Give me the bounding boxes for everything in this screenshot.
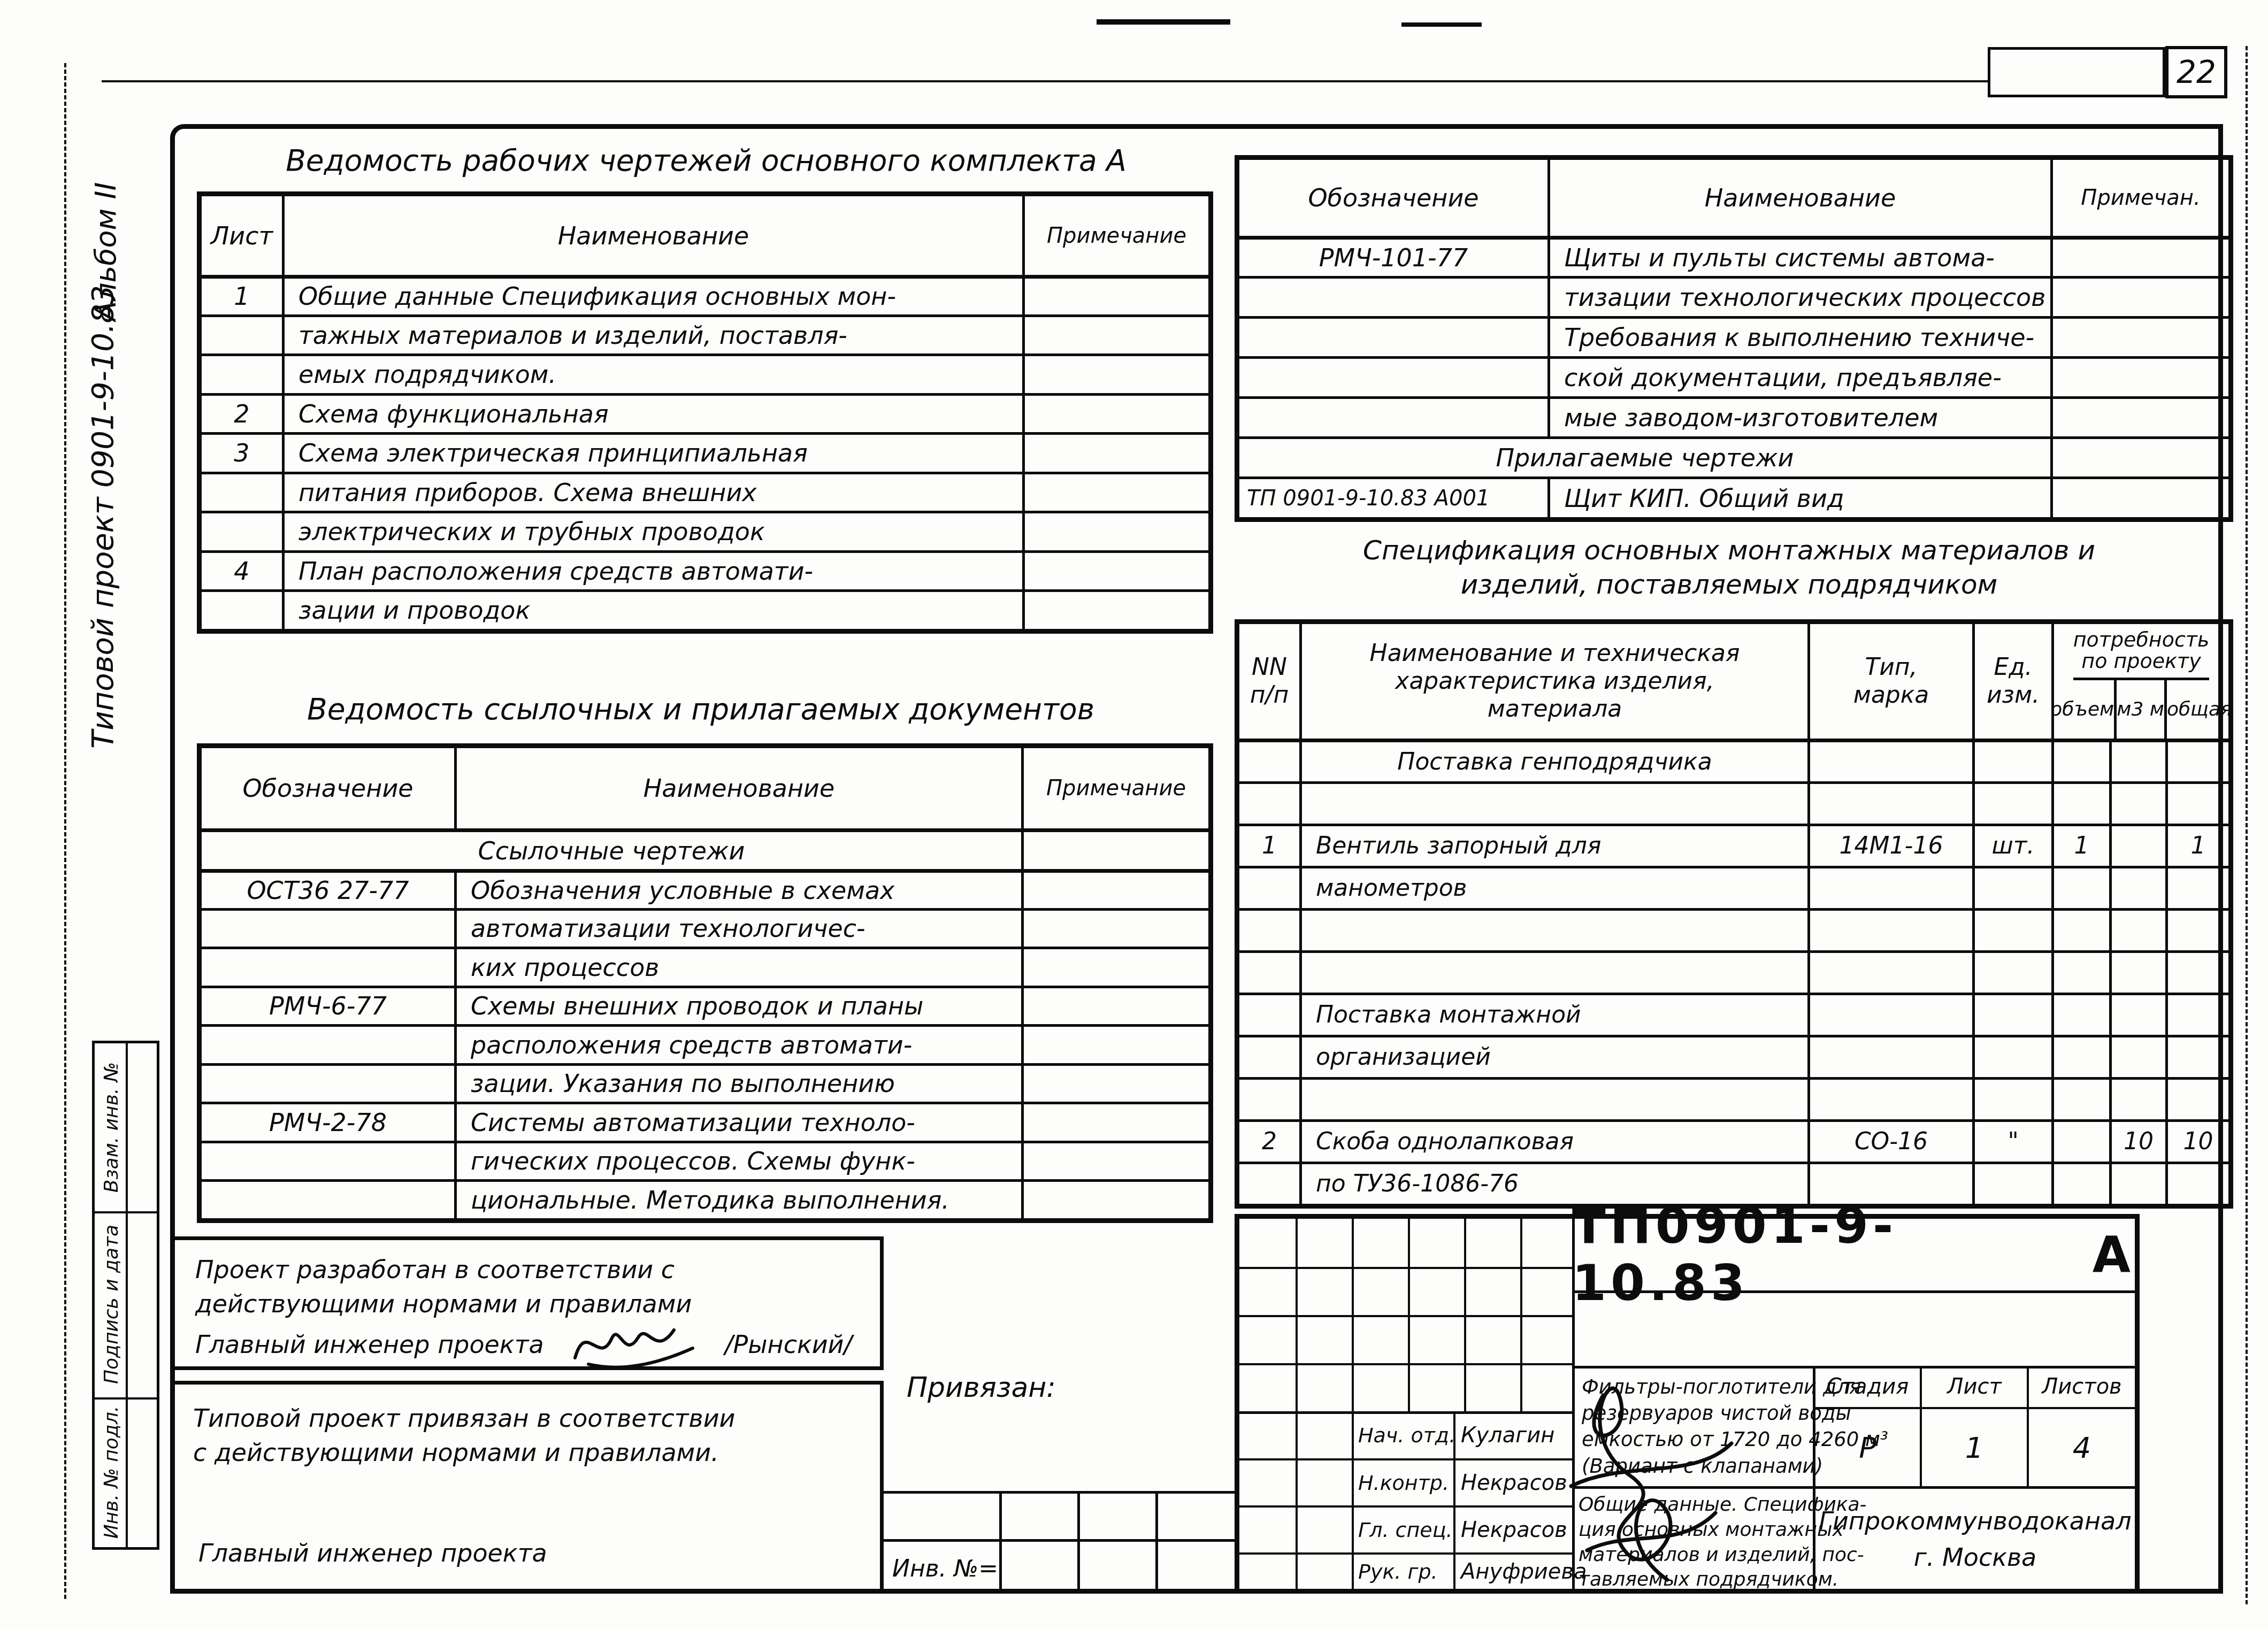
cell-unit (1972, 1077, 2051, 1119)
cell-type (1807, 739, 1972, 781)
subheader-m3m: м3 м (2114, 680, 2164, 739)
col-header-name: Наименование (1547, 160, 2050, 236)
cell-name: автоматизации технологичес- (454, 908, 1021, 947)
margin-cell: Взам. инв. № (95, 1043, 128, 1211)
spec-title-line2: изделий, поставляемых подрядчиком (1235, 569, 2224, 600)
cell-v2 (2109, 824, 2165, 866)
cell-v1 (2051, 781, 2109, 824)
spec-table: NN п/п Наименование и техническая характ… (1235, 619, 2233, 1209)
cell-name: манометров (1299, 866, 1807, 908)
cell-v3 (2165, 1035, 2228, 1077)
cell-nn (1239, 1162, 1299, 1204)
cell-unit (1972, 950, 2051, 993)
cell-code (1239, 396, 1547, 436)
cell-name: Скоба однолапковая (1299, 1119, 1807, 1162)
sheet-label: Лист (1922, 1366, 2027, 1407)
cell-v1 (2051, 739, 2109, 781)
cell-name: Щит КИП. Общий вид (1547, 476, 2050, 517)
cell-sheet (202, 472, 282, 511)
grid-line (1352, 1219, 1354, 1589)
cell-note (1022, 275, 1208, 314)
cell-v1 (2051, 950, 2109, 993)
cell-code: ТП 0901-9-10.83 А001 (1239, 476, 1547, 517)
cell-code: РМЧ-2-78 (202, 1102, 454, 1141)
cell-type (1807, 908, 1972, 950)
drawing-sheet: 22 Альбом II Типовой проект 0901-9-10.83… (0, 0, 2268, 1630)
approval-signatures (1539, 1374, 1753, 1598)
col-header-note: Примечание (1022, 196, 1208, 275)
ref-docs-title: Ведомость ссылочных и прилагаемых докуме… (203, 692, 1198, 726)
cell-v3 (2165, 908, 2228, 950)
cell-type (1807, 993, 1972, 1035)
cell-note (2050, 396, 2228, 436)
cell-note (2050, 316, 2228, 356)
project-label: Типовой проект 0901-9-10.83 (86, 285, 120, 749)
cell-v3 (2165, 950, 2228, 993)
cell-name: расположения средств автомати- (454, 1024, 1021, 1063)
cell-nn (1239, 993, 1299, 1035)
right-trim-line (2246, 46, 2248, 1604)
cell-nn (1239, 739, 1299, 781)
cell-v3 (2165, 781, 2228, 824)
cell-name (1299, 781, 1807, 824)
col-header-type: Тип, марка (1807, 624, 1972, 739)
cell-note (1022, 432, 1208, 472)
cell-code (202, 1141, 454, 1180)
cell-name: Общие данные Спецификация основных мон- (282, 275, 1022, 314)
cell-name: Схемы внешних проводок и планы (454, 986, 1021, 1025)
cell-name: тажных материалов и изделий, поставля- (282, 314, 1022, 354)
organization-cell: Гипрокоммунводоканал г. Москва (1815, 1489, 2135, 1589)
cell-code (1239, 316, 1547, 356)
subheader-volume: объем (2050, 680, 2114, 739)
cell-code (202, 1063, 454, 1102)
cell-v1 (2051, 908, 2109, 950)
margin-cell: Подпись и дата (95, 1211, 128, 1397)
cell-code (202, 1024, 454, 1063)
cell-v2: 10 (2109, 1119, 2165, 1162)
cell-note (1021, 1179, 1208, 1218)
working-drawings-table: Лист Наименование Примечание 1 Общие дан… (197, 191, 1213, 634)
cell-code (202, 947, 454, 986)
cell-v3 (2165, 993, 2228, 1035)
cell-v2 (2109, 908, 2165, 950)
cell-name: Обозначения условные в схемах (454, 869, 1021, 908)
ref-docs-table: Обозначение Наименование Примечание Ссыл… (197, 743, 1213, 1223)
cell-unit (1972, 781, 2051, 824)
cell-sheet (202, 314, 282, 354)
grid-line (999, 1491, 1002, 1594)
signer-role: Нач. отд. (1355, 1412, 1457, 1458)
inventory-number-label: Инв. №= (892, 1555, 998, 1582)
grid-line (1239, 1315, 1572, 1317)
page-number-box: 22 (2165, 46, 2227, 98)
cell-name (1299, 1077, 1807, 1119)
col-header-nn: NN п/п (1239, 624, 1299, 739)
chief-engineer-signature (570, 1315, 709, 1374)
cell-unit: " (1972, 1119, 2051, 1162)
cell-unit (1972, 866, 2051, 908)
cell-note (2050, 276, 2228, 316)
col-header-unit: Ед. изм. (1972, 624, 2051, 739)
cell-note (1022, 353, 1208, 393)
developed-note-box: Проект разработан в соответствии с дейст… (170, 1236, 884, 1370)
attached-label: Привязан: (907, 1372, 1056, 1404)
organization-name: Гипрокоммунводоканал (1819, 1506, 2131, 1535)
cell-name: организацией (1299, 1035, 1807, 1077)
cell-type (1807, 866, 1972, 908)
document-code-cell: ТП0901-9-10.83 А (1572, 1219, 2135, 1290)
top-edge-line (102, 80, 1988, 82)
grid-line (1077, 1491, 1080, 1594)
cell-note (1022, 314, 1208, 354)
cell-v2 (2109, 1077, 2165, 1119)
col-header-note: Примечан. (2050, 160, 2228, 236)
col-header-need: потребность по проекту объем м3 м общая (2051, 624, 2228, 739)
label: Тип, (1865, 656, 1917, 679)
note-line: Типовой проект привязан в соответствии (193, 1404, 735, 1433)
cell-note (1021, 828, 1208, 869)
note-line: Главный инженер проекта (195, 1330, 544, 1359)
label: Наименование и техническая (1370, 642, 1740, 665)
cell-sheet (202, 511, 282, 550)
cell-name: Схема электрическая принципиальная (282, 432, 1022, 472)
cell-note (1022, 511, 1208, 550)
col-header-name: Наименование (282, 196, 1022, 275)
subheader-total: общая (2164, 680, 2232, 739)
grid-line (1239, 1363, 1572, 1365)
need-subheaders: объем м3 м общая (2050, 680, 2232, 739)
cell-note (1022, 393, 1208, 433)
col-header-note: Примечание (1021, 748, 1208, 828)
organization-city: г. Москва (1914, 1543, 2037, 1572)
cell-nn (1239, 866, 1299, 908)
cell-note (1021, 947, 1208, 986)
cell-v3 (2165, 1162, 2228, 1204)
label: NN (1252, 656, 1287, 679)
cell-note (1021, 869, 1208, 908)
cell-type (1807, 781, 1972, 824)
sheets-label: Листов (2029, 1366, 2135, 1407)
signer-role: Гл. спец. (1355, 1508, 1457, 1552)
signer-role: Рук. гр. (1355, 1555, 1457, 1589)
cell-name: циональные. Методика выполнения. (454, 1179, 1021, 1218)
cell-v1 (2051, 1119, 2109, 1162)
cell-code (1239, 276, 1547, 316)
cell-code: РМЧ-101-77 (1239, 236, 1547, 276)
cell-name: Требования к выполнению техниче- (1547, 316, 2050, 356)
cell-v2 (2109, 993, 2165, 1035)
cell-note (2050, 236, 2228, 276)
cell-name: зации и проводок (282, 589, 1022, 629)
podpis-data-label: Подпись и дата (101, 1225, 122, 1384)
cell-name (1299, 950, 1807, 993)
label: характеристика изделия, (1395, 670, 1714, 693)
cell-name: Щиты и пульты системы автома- (1547, 236, 2050, 276)
cell-v2 (2109, 866, 2165, 908)
cell-sheet: 4 (202, 550, 282, 590)
cell-v2 (2109, 1162, 2165, 1204)
cell-sheet: 1 (202, 275, 282, 314)
inv-podl-label: Инв. № подл. (101, 1406, 122, 1539)
cell-note (1021, 1102, 1208, 1141)
cell-name: Поставка монтажной (1299, 993, 1807, 1035)
cell-name: План расположения средств автомати- (282, 550, 1022, 590)
section-row: Прилагаемые чертежи (1239, 436, 2050, 476)
signer-role: Н.контр. (1355, 1460, 1457, 1505)
spec-title-line1: Спецификация основных монтажных материал… (1235, 535, 2224, 566)
cell-code (1239, 356, 1547, 396)
cell-unit: шт. (1972, 824, 2051, 866)
cell-v3: 10 (2165, 1119, 2228, 1162)
vzam-inv-label: Взам. инв. № (101, 1062, 122, 1193)
cell-note (2050, 436, 2228, 476)
cell-sheet: 2 (202, 393, 282, 433)
scan-artifact (1097, 19, 1230, 25)
cell-type (1807, 1077, 1972, 1119)
cell-name: гических процессов. Схемы функ- (454, 1141, 1021, 1180)
stage-label: Стадия (1815, 1366, 1920, 1407)
cell-note (1022, 589, 1208, 629)
cell-v1 (2051, 866, 2109, 908)
cell-unit (1972, 739, 2051, 781)
grid-line (1296, 1219, 1298, 1589)
need-label: потребность по проекту (2073, 624, 2210, 680)
cell-type: СО-16 (1807, 1119, 1972, 1162)
cell-sheet (202, 353, 282, 393)
cell-type: 14М1-16 (1807, 824, 1972, 866)
col-header-name: Наименование (454, 748, 1021, 828)
label: п/п (1250, 683, 1289, 707)
working-drawings-title: Ведомость рабочих чертежей основного ком… (214, 143, 1198, 178)
label: изм. (1987, 683, 2040, 707)
cell-unit (1972, 993, 2051, 1035)
section-row: Ссылочные чертежи (202, 828, 1021, 869)
title-block: ТП0901-9-10.83 А Фильтры-поглотители для… (1235, 1214, 2140, 1594)
cell-note (1021, 1063, 1208, 1102)
cell-nn (1239, 1035, 1299, 1077)
cell-v1 (2051, 1035, 2109, 1077)
cell-name: тизации технологических процессов (1547, 276, 2050, 316)
cell-name: ской документации, предъявляе- (1547, 356, 2050, 396)
cell-note (2050, 356, 2228, 396)
col-header-sheet: Лист (202, 196, 282, 275)
cell-nn (1239, 781, 1299, 824)
label: Ед. (1994, 656, 2032, 679)
cell-code: ОСТ36 27-77 (202, 869, 454, 908)
cell-v1 (2051, 1162, 2109, 1204)
cell-name: электрических и трубных проводок (282, 511, 1022, 550)
label: материала (1488, 697, 1622, 721)
cell-note (1022, 550, 1208, 590)
cell-note (1021, 986, 1208, 1025)
col-header-code: Обозначение (1239, 160, 1547, 236)
signer-name: /Рынский/ (725, 1330, 852, 1359)
cell-v1: 1 (2051, 824, 2109, 866)
cell-nn: 1 (1239, 824, 1299, 866)
left-trim-line (64, 63, 66, 1599)
cell-name: емых подрядчиком. (282, 353, 1022, 393)
cell-name: Системы автоматизации техноло- (454, 1102, 1021, 1141)
cell-code: РМЧ-6-77 (202, 986, 454, 1025)
cell-nn (1239, 908, 1299, 950)
cell-v3: 1 (2165, 824, 2228, 866)
scan-artifact (1401, 22, 1482, 27)
cell-unit (1972, 1035, 2051, 1077)
page-number-neighbor-box (1988, 47, 2165, 97)
document-code: ТП0901-9-10.83 (1572, 1197, 2028, 1312)
cell-nn: 2 (1239, 1119, 1299, 1162)
sheets-value: 4 (2029, 1409, 2135, 1486)
cell-name: Схема функциональная (282, 393, 1022, 433)
note-line: Проект разработан в соответствии с (195, 1255, 675, 1284)
cell-sheet: 3 (202, 432, 282, 472)
cell-note (1021, 1141, 1208, 1180)
cell-name: мые заводом-изготовителем (1547, 396, 2050, 436)
cell-nn (1239, 950, 1299, 993)
grid-line (1239, 1267, 1572, 1269)
cell-note (1021, 1024, 1208, 1063)
grid-line (1155, 1491, 1158, 1594)
page-number: 22 (2177, 54, 2216, 90)
note-line: с действующими нормами и правилами. (193, 1438, 719, 1467)
cell-v2 (2109, 781, 2165, 824)
cell-v3 (2165, 739, 2228, 781)
cell-name: Вентиль запорный для (1299, 824, 1807, 866)
cell-note (2050, 476, 2228, 517)
cell-name: зации. Указания по выполнению (454, 1063, 1021, 1102)
label: потребность (2073, 629, 2210, 651)
stage-value: Р (1815, 1409, 1920, 1486)
cell-name: питания приборов. Схема внешних (282, 472, 1022, 511)
note-line: действующими нормами и правилами (195, 1289, 692, 1318)
cell-type (1807, 950, 1972, 993)
document-code-suffix: А (2093, 1226, 2135, 1283)
cell-sheet (202, 589, 282, 629)
grid-line (884, 1491, 1235, 1494)
grid-line (884, 1539, 1235, 1542)
cell-v3 (2165, 1077, 2228, 1119)
cell-code (202, 1179, 454, 1218)
label: по проекту (2081, 651, 2201, 672)
cell-note (1021, 908, 1208, 947)
cell-type (1807, 1035, 1972, 1077)
adapted-note-box: Типовой проект привязан в соответствии с… (170, 1381, 884, 1594)
cell-name: ких процессов (454, 947, 1021, 986)
sheet-value: 1 (1922, 1409, 2027, 1486)
cell-unit (1972, 908, 2051, 950)
cell-v1 (2051, 1077, 2109, 1119)
attached-docs-table: Обозначение Наименование Примечан. РМЧ-1… (1235, 155, 2233, 522)
section-row: Поставка генподрядчика (1299, 739, 1807, 781)
note-line: Главный инженер проекта (198, 1539, 547, 1567)
cell-v2 (2109, 1035, 2165, 1077)
margin-cell: Инв. № подл. (95, 1397, 128, 1547)
label: марка (1853, 683, 1929, 707)
cell-name (1299, 908, 1807, 950)
col-header-name: Наименование и техническая характеристик… (1299, 624, 1807, 739)
cell-v2 (2109, 950, 2165, 993)
col-header-code: Обозначение (202, 748, 454, 828)
cell-v1 (2051, 993, 2109, 1035)
cell-v3 (2165, 866, 2228, 908)
cell-v2 (2109, 739, 2165, 781)
cell-note (1022, 472, 1208, 511)
margin-stamp-box: Взам. инв. № Подпись и дата Инв. № подл. (92, 1041, 159, 1550)
cell-nn (1239, 1077, 1299, 1119)
cell-code (202, 908, 454, 947)
